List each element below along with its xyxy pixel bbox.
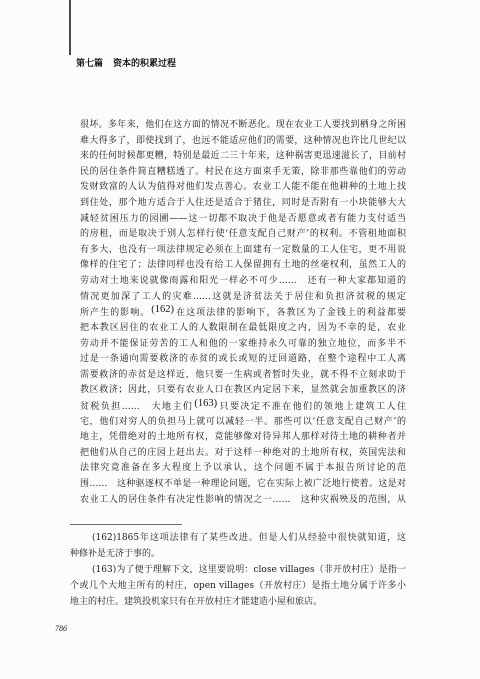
body-line: 过是一条通向需要救济的赤贫的或长或短的迂回道路，在整个途程中工人离 bbox=[80, 352, 406, 368]
body-line: 很坏。多年来，他们在这方面的情况不断恶化。现在农业工人要找到栖身之所困 bbox=[80, 118, 406, 134]
book-page: 第七篇资本的积累过程 很坏。多年来，他们在这方面的情况不断恶化。现在农业工人要找… bbox=[0, 0, 480, 679]
line-text: 在这项法律的影响下，各教区为了金钱上的利益都要 bbox=[175, 308, 406, 318]
footnote-line: (162)1865年这项法律有了某些改进。但是人们从经验中很快就知道，这 bbox=[70, 530, 406, 546]
footnote-line: (163)为了便于理解下文，这里要说明：close villages（非开放村庄… bbox=[70, 562, 406, 578]
body-line: 法律究竟准备在多大程度上予以承认，这个问题不属于本报告所讨论的范 bbox=[80, 461, 406, 477]
footnotes: (162)1865年这项法律有了某些改进。但是人们从经验中很快就知道，这 种修补… bbox=[70, 530, 406, 610]
footnote-line: 个或几个大地主所有的村庄，open villages（开放村庄）是指土地分属于许… bbox=[70, 578, 406, 594]
body-line: 有多大，也没有一项法律规定必须在上面建有一定数量的工人住宅，更不用说 bbox=[80, 243, 406, 259]
page-number: 786 bbox=[55, 624, 67, 634]
footnote-162: (162)1865年这项法律有了某些改进。但是人们从经验中很快就知道，这 种修补… bbox=[70, 530, 406, 562]
body-line: 宅，他们对穷人的负担马上就可以减轻一半。那些可以‘任意支配自己财产’的 bbox=[80, 415, 406, 431]
body-line: 的房租，而是取决于别人怎样行使‘任意支配自己财产’的权利。不管租地面积 bbox=[80, 227, 406, 243]
body-line: 劳动对土地来说就像雨露和阳光一样必不可少…… 还有一种大家都知道的 bbox=[80, 274, 406, 290]
body-line: 来的任何时候都更糟，特别是最近二三十年来，这种祸害更迅速滋长了，目前村 bbox=[80, 149, 406, 165]
line-text: 贫税负担…… 大地主们 bbox=[80, 402, 193, 412]
body-line-with-footnote-ref: 所产生的影响。(162)在这项法律的影响下，各教区为了金钱上的利益都要 bbox=[80, 305, 406, 321]
running-header: 第七篇资本的积累过程 bbox=[76, 59, 176, 70]
body-line: 像样的住宅了；法律同样也没有给工人保留拥有土地的丝毫权利，虽然工人的 bbox=[80, 258, 406, 274]
body-text: 很坏。多年来，他们在这方面的情况不断恶化。现在农业工人要找到栖身之所困 难大得多… bbox=[80, 118, 406, 508]
body-line: 地主，凭借绝对的土地所有权，竟能够像对待异邦人那样对待土地的耕种者并 bbox=[80, 430, 406, 446]
body-line: 到住处，那个地方适合于人住还是适合于猪住，同时是否附有一小块能够大大 bbox=[80, 196, 406, 212]
body-line: 教区救济；因此，只要有农业人口在教区内定居下来，显然就会加重教区的济 bbox=[80, 383, 406, 399]
body-line: 情况更加深了工人的灾难……这就是济贫法关于居住和负担济贫税的规定 bbox=[80, 290, 406, 306]
body-line: 减轻贫困压力的园圃——这一切都不取决于他是否愿意或者有能力支付适当 bbox=[80, 212, 406, 228]
footnote-163: (163)为了便于理解下文，这里要说明：close villages（非开放村庄… bbox=[70, 562, 406, 610]
footnote-ref-163: (163) bbox=[194, 399, 217, 409]
body-line: 劳动并不能保证劳苦的工人和他的一家维持永久可靠的独立地位，而多半不 bbox=[80, 337, 406, 353]
body-line: 难大得多了，即使找到了，也远不能适应他们的需要，这种情况也许比几世纪以 bbox=[80, 134, 406, 150]
line-text: 只要决定不准在他们的领地上建筑工人住 bbox=[218, 402, 406, 412]
body-line: 把本教区居住的农业工人的人数限制在最低限度之内，因为不幸的是，农业 bbox=[80, 321, 406, 337]
body-line: 围…… 这种驱逐权不单是一种理论问题，它在实际上被广泛地行使着。这是对 bbox=[80, 477, 406, 493]
running-header-part: 第七篇 bbox=[76, 59, 103, 69]
body-line: 民的居住条件简直糟糕透了。村民在这方面束手无策，除非那些靠他们的劳动 bbox=[80, 165, 406, 181]
footnote-line: 种修补是无济于事的。 bbox=[70, 546, 406, 562]
header-vertical-rule bbox=[69, 0, 71, 55]
footnote-line: 地主的村庄。建筑投机家只有在开放村庄才能建造小屋和旅店。 bbox=[70, 594, 406, 610]
footnote-separator bbox=[70, 524, 182, 525]
body-line: 农业工人的居住条件有决定性影响的情况之一…… 这种灾祸殃及的范围，从 bbox=[80, 493, 406, 509]
body-line-with-footnote-ref: 贫税负担…… 大地主们(163)只要决定不准在他们的领地上建筑工人住 bbox=[80, 399, 406, 415]
body-line: 发财致富的人认为值得对他们发点善心。农业工人能不能在他耕种的土地上找 bbox=[80, 180, 406, 196]
body-line: 把他们从自己的庄园上赶出去。对于这样一种绝对的土地所有权，英国宪法和 bbox=[80, 446, 406, 462]
line-text: 所产生的影响。 bbox=[80, 308, 150, 318]
footnote-ref-162: (162) bbox=[151, 305, 174, 315]
body-line: 需要救济的赤贫是这样近，他只要一生病或者暂时失业，就不得不立刻求助于 bbox=[80, 368, 406, 384]
running-header-title: 资本的积累过程 bbox=[113, 59, 176, 69]
